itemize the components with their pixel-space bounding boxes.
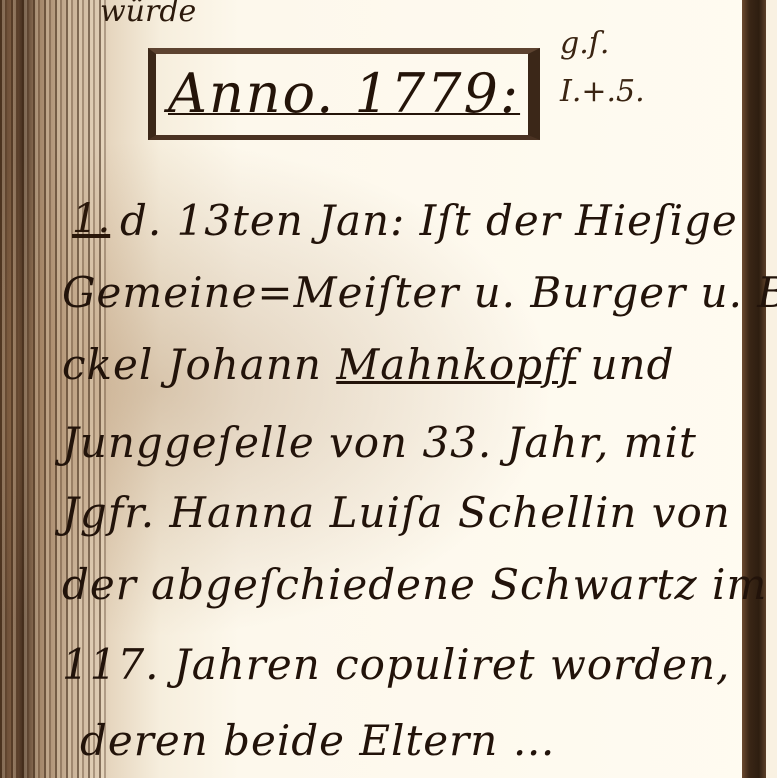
entry-line-1: d. 13ten Jan: Iſt der Hieſige — [120, 196, 738, 245]
entry-line-5: Jgfr. Hanna Luiſa Schellin von — [62, 488, 731, 537]
year-heading: Anno. 1779: — [168, 62, 520, 125]
entry-line-3: ckel Johann Mahnkopff und — [62, 340, 674, 389]
entry-line-4: Junggeſelle von 33. Jahr, mit — [62, 418, 697, 467]
entry-number: 1. — [72, 196, 110, 242]
entry-line-3-text: ckel Johann — [62, 340, 336, 389]
surname-underlined: Mahnkopff — [336, 340, 576, 389]
entry-line-8: deren beide Eltern … — [80, 716, 556, 765]
register-page: würde Anno. 1779: g.ſ. I.+.5. 1. d. 13te… — [0, 0, 777, 778]
top-text-fragment: würde — [100, 0, 196, 29]
right-margin-rule — [742, 0, 766, 778]
margin-note-line: I.+.5. — [560, 68, 700, 116]
entry-line-2: Gemeine=Meiſter u. Burger u. Ba — [62, 268, 777, 317]
entry-line-6: der abgeſchiedene Schwartz im — [62, 560, 767, 609]
margin-note-line: g.ſ. — [560, 20, 700, 68]
entry-line-3-tail: und — [576, 340, 674, 389]
entry-line-7: 117. Jahren copuliret worden, — [62, 640, 730, 689]
margin-annotation: g.ſ. I.+.5. — [560, 20, 700, 116]
right-margin — [766, 0, 777, 778]
